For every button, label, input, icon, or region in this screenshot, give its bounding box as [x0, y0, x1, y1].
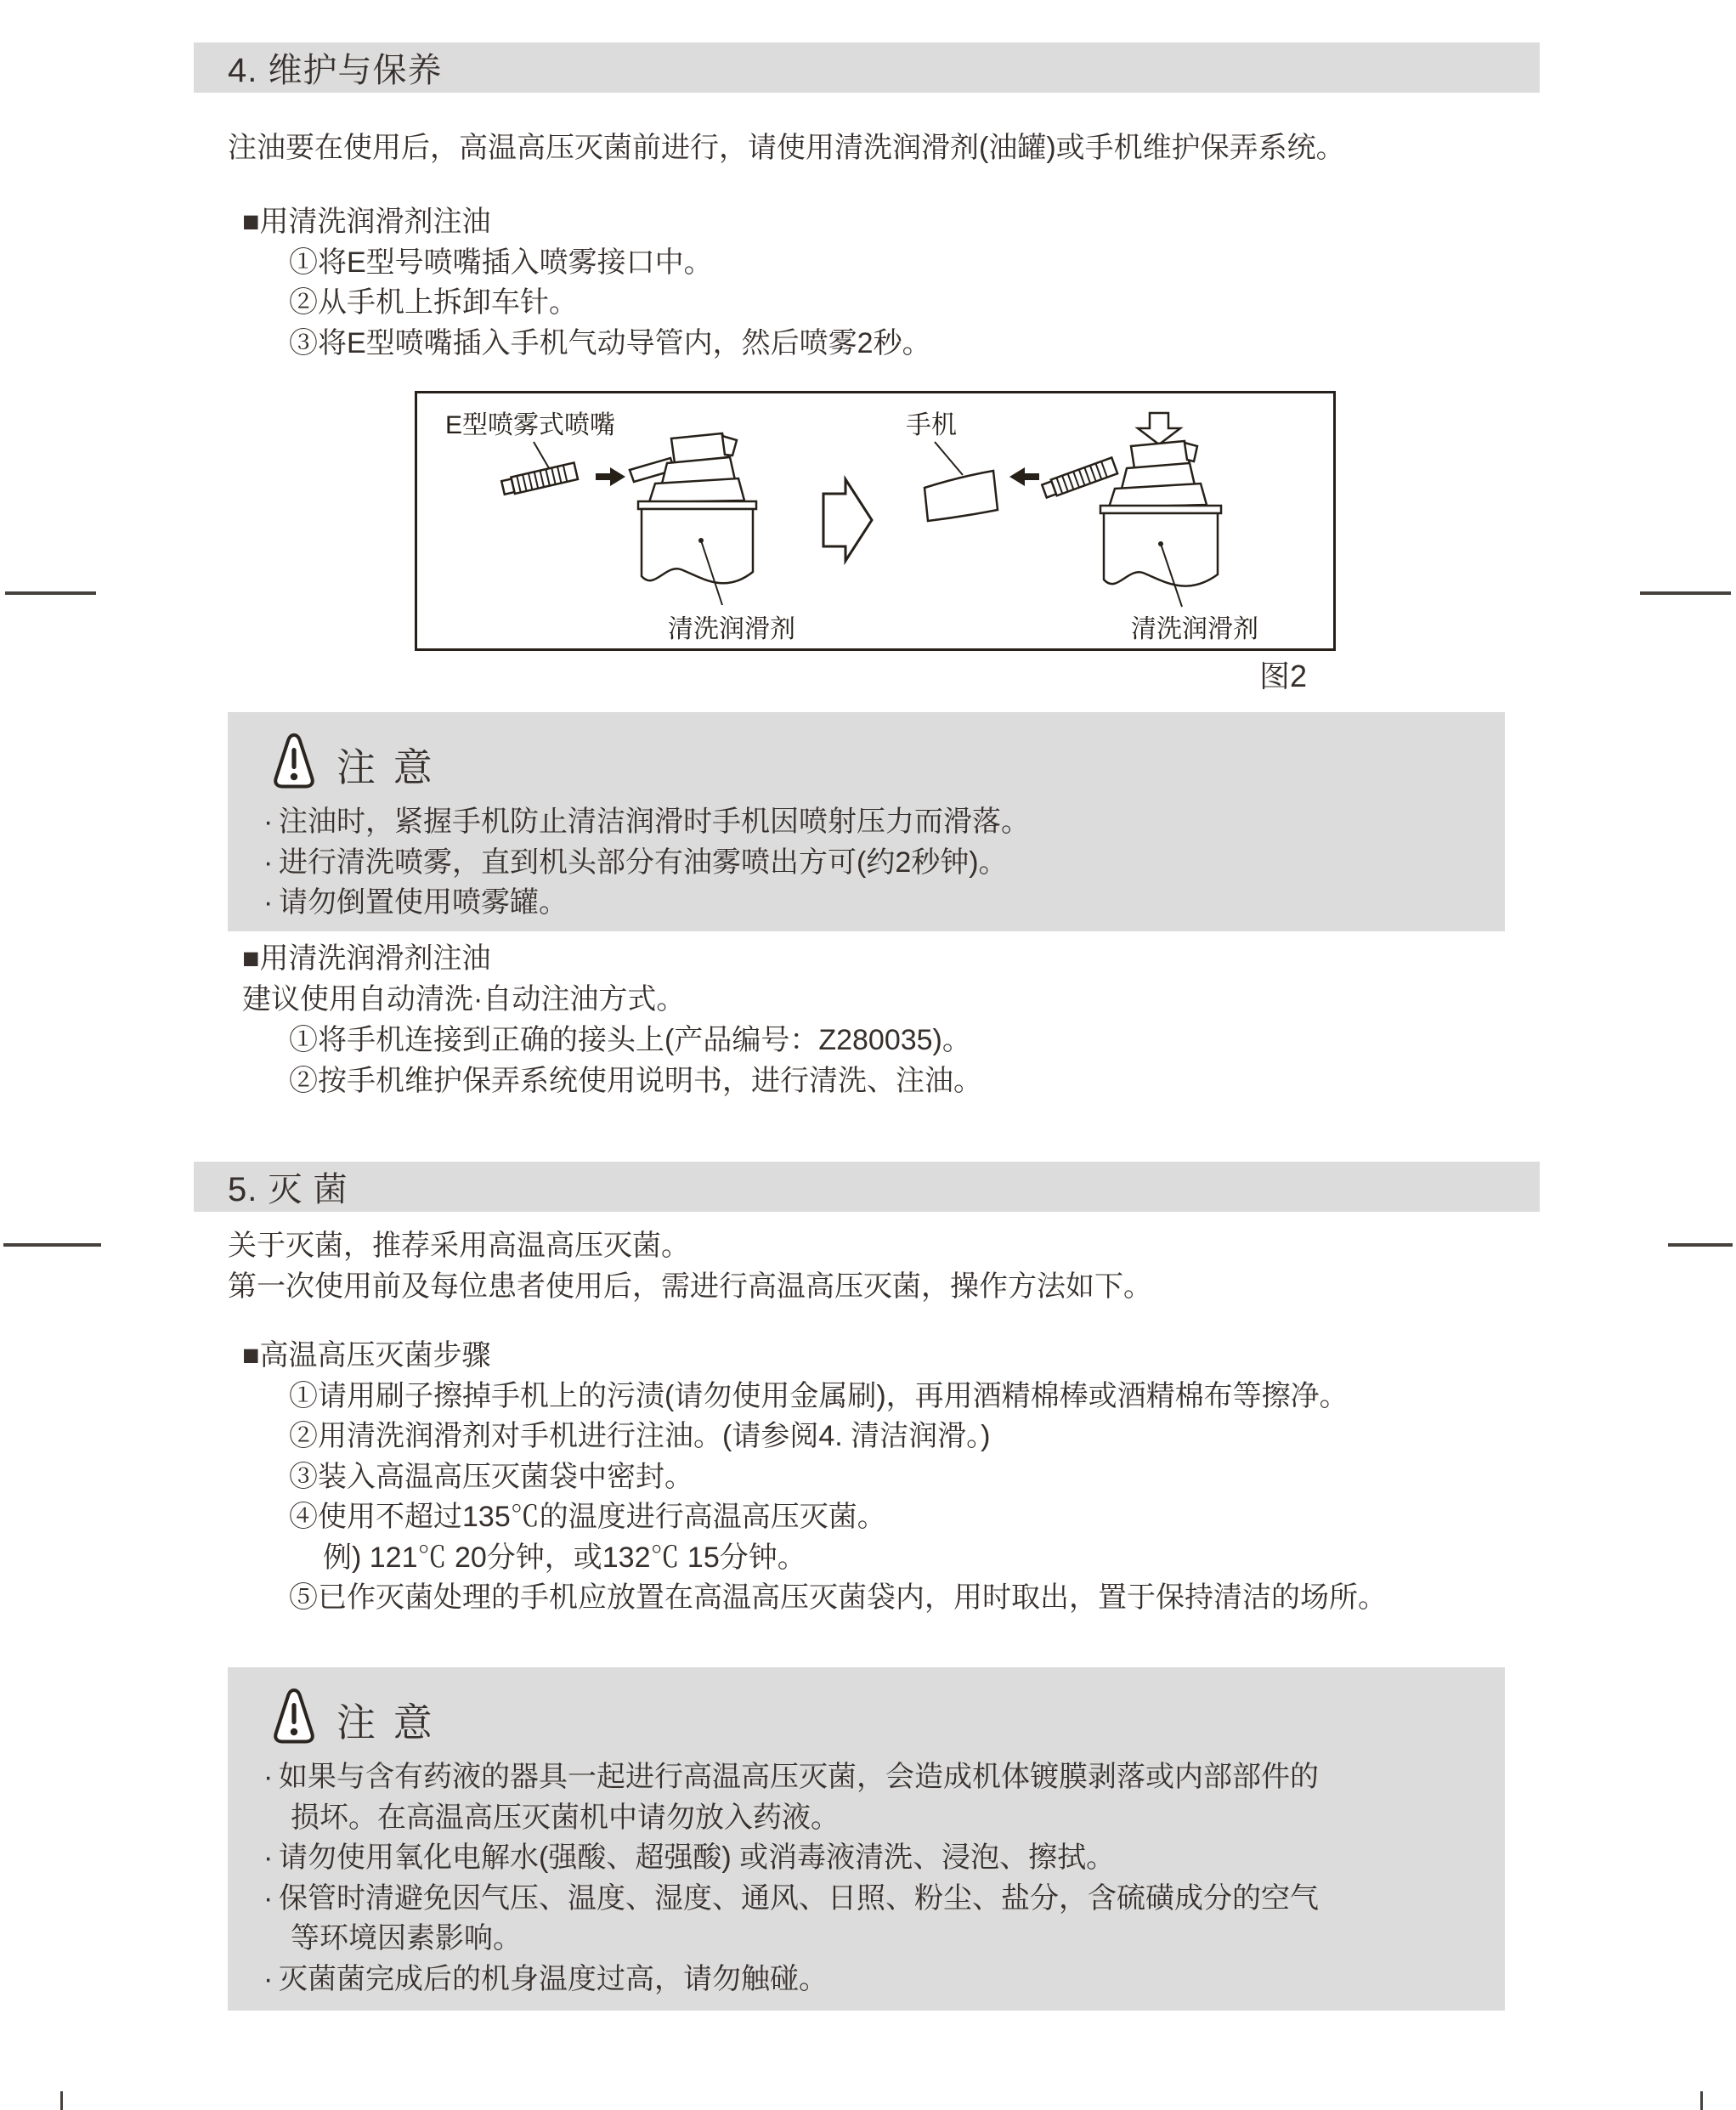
auto-lubrication-heading: ■用清洗润滑剂注油 [242, 938, 1644, 979]
section4-title: 4. 维护与保养 [228, 43, 442, 92]
caution-item: ·保管时清避免因气压、温度、湿度、通风、日照、粉尘、盐分，含硫磺成分的空气等环境… [263, 1879, 1343, 1960]
manual-lubrication-step: ②从手机上拆卸车针。 [242, 283, 1644, 324]
manual-lubrication-block: ■用清洗润滑剂注油 ①将E型号喷嘴插入喷雾接口中。 ②从手机上拆卸车针。 ③将E… [242, 202, 1644, 364]
bullet: · [263, 1757, 279, 1798]
bullet: · [263, 883, 279, 924]
bullet: · [263, 1960, 279, 2000]
caution-item-text: 进行清洗喷雾，直到机头部分有油雾喷出方可(约2秒钟)。 [279, 846, 1008, 879]
manual-lubrication-heading: ■用清洗润滑剂注油 [242, 202, 1644, 243]
sterilization-example: 例) 121℃ 20分钟，或132℃ 15分钟。 [242, 1538, 1687, 1579]
caution-header: 注 意 [272, 1684, 1505, 1745]
crop-mark [1640, 591, 1731, 595]
caution-item: ·请勿使用氧化电解水(强酸、超强酸) 或消毒液清洗、浸泡、擦拭。 [263, 1838, 1343, 1879]
caution-item: ·灭菌菌完成后的机身温度过高，请勿触碰。 [263, 1960, 1343, 2000]
caution-title: 注 意 [336, 1703, 436, 1745]
sterilization-step: ③装入高温高压灭菌袋中密封。 [242, 1457, 1687, 1498]
warning-triangle-icon [272, 1686, 316, 1745]
caution-item-text: 灭菌菌完成后的机身温度过高，请勿触碰。 [279, 1963, 828, 1995]
crop-mark [60, 2091, 63, 2110]
section5-intro: 关于灭菌，推荐采用高温高压灭菌。 第一次使用前及每位患者使用后，需进行高温高压灭… [228, 1225, 1630, 1307]
auto-lubrication-block: ■用清洗润滑剂注油 建议使用自动清洗·自动注油方式。 ①将手机连接到正确的接头上… [242, 938, 1644, 1101]
bullet: · [263, 1838, 279, 1879]
crop-mark [5, 591, 96, 595]
sterilization-step: ①请用刷子擦掉手机上的污渍(请勿使用金属刷)，再用酒精棉棒或酒精棉布等擦净。 [242, 1377, 1687, 1417]
manual-lubrication-step: ③将E型喷嘴插入手机气动导管内，然后喷雾2秒。 [242, 324, 1644, 365]
caution-header: 注 意 [272, 729, 1505, 790]
crop-mark [1700, 2091, 1703, 2110]
section5-intro-line: 第一次使用前及每位患者使用后，需进行高温高压灭菌，操作方法如下。 [228, 1266, 1630, 1307]
sterilization-steps-block: ■高温高压灭菌步骤 ①请用刷子擦掉手机上的污渍(请勿使用金属刷)，再用酒精棉棒或… [242, 1336, 1687, 1619]
bullet: · [263, 843, 279, 884]
figure2-diagram: E型喷雾式喷嘴 [415, 391, 1336, 651]
caution-item-text: 如果与含有药液的器具一起进行高温高压灭菌，会造成机体镀膜剥落或内部部件的损坏。在… [279, 1761, 1319, 1834]
section5-title: 5. 灭 菌 [228, 1162, 348, 1211]
cleaner-label-right: 清洗润滑剂 [1131, 615, 1258, 643]
section4-intro: 注油要在使用后，高温高压灭菌前进行，请使用清洗润滑剂(油罐)或手机维护保弄系统。 [228, 127, 1587, 168]
caution-item-text: 注油时，紧握手机防止清洁润滑时手机因喷射压力而滑落。 [279, 806, 1030, 838]
caution-item-text: 保管时清避免因气压、温度、湿度、通风、日照、粉尘、盐分，含硫磺成分的空气等环境因… [279, 1882, 1319, 1955]
auto-lubrication-step: ①将手机连接到正确的接头上(产品编号：Z280035)。 [242, 1020, 1644, 1061]
crop-mark [3, 1243, 101, 1247]
section5-intro-line: 关于灭菌，推荐采用高温高压灭菌。 [228, 1225, 1630, 1266]
caution-item: ·请勿倒置使用喷雾罐。 [263, 883, 1343, 924]
caution-title: 注 意 [336, 748, 436, 790]
sterilization-step: ②用清洗润滑剂对手机进行注油。(请参阅4. 清洁润滑。) [242, 1417, 1687, 1457]
sterilization-step: ⑤已作灭菌处理的手机应放置在高温高压灭菌袋内，用时取出，置于保持清洁的场所。 [242, 1578, 1687, 1619]
caution-list: ·注油时，紧握手机防止清洁润滑时手机因喷射压力而滑落。 ·进行清洗喷雾，直到机头… [263, 802, 1343, 924]
caution-box-oiling: 注 意 ·注油时，紧握手机防止清洁润滑时手机因喷射压力而滑落。 ·进行清洗喷雾，… [228, 712, 1505, 931]
spray-lubrication-diagram: E型喷雾式喷嘴 [415, 391, 1336, 651]
handpiece-label: 手机 [906, 411, 957, 439]
caution-item: ·注油时，紧握手机防止清洁润滑时手机因喷射压力而滑落。 [263, 802, 1343, 843]
caution-item: ·进行清洗喷雾，直到机头部分有油雾喷出方可(约2秒钟)。 [263, 843, 1343, 884]
warning-triangle-icon [272, 731, 316, 790]
section4-header: 4. 维护与保养 [194, 42, 1540, 93]
caution-box-sterilization: 注 意 ·如果与含有药液的器具一起进行高温高压灭菌，会造成机体镀膜剥落或内部部件… [228, 1667, 1505, 2011]
sterilization-step: ④使用不超过135℃的温度进行高温高压灭菌。 [242, 1497, 1687, 1538]
crop-mark [1668, 1243, 1733, 1247]
caution-item-text: 请勿使用氧化电解水(强酸、超强酸) 或消毒液清洗、浸泡、擦拭。 [279, 1841, 1115, 1874]
caution-item: ·如果与含有药液的器具一起进行高温高压灭菌，会造成机体镀膜剥落或内部部件的损坏。… [263, 1757, 1343, 1838]
cleaner-label-left: 清洗润滑剂 [668, 615, 795, 643]
figure2-caption: 图2 [1259, 653, 1307, 696]
caution-item-text: 请勿倒置使用喷雾罐。 [279, 886, 568, 919]
caution-list: ·如果与含有药液的器具一起进行高温高压灭菌，会造成机体镀膜剥落或内部部件的损坏。… [263, 1757, 1343, 2000]
auto-lubrication-intro: 建议使用自动清洗·自动注油方式。 [242, 979, 1644, 1020]
bullet: · [263, 802, 279, 843]
auto-lubrication-step: ②按手机维护保弄系统使用说明书，进行清洗、注油。 [242, 1061, 1644, 1101]
section5-header: 5. 灭 菌 [194, 1162, 1540, 1212]
nozzle-label: E型喷雾式喷嘴 [445, 411, 615, 439]
sterilization-heading: ■高温高压灭菌步骤 [242, 1336, 1687, 1377]
manual-lubrication-step: ①将E型号喷嘴插入喷雾接口中。 [242, 243, 1644, 284]
bullet: · [263, 1879, 279, 1920]
